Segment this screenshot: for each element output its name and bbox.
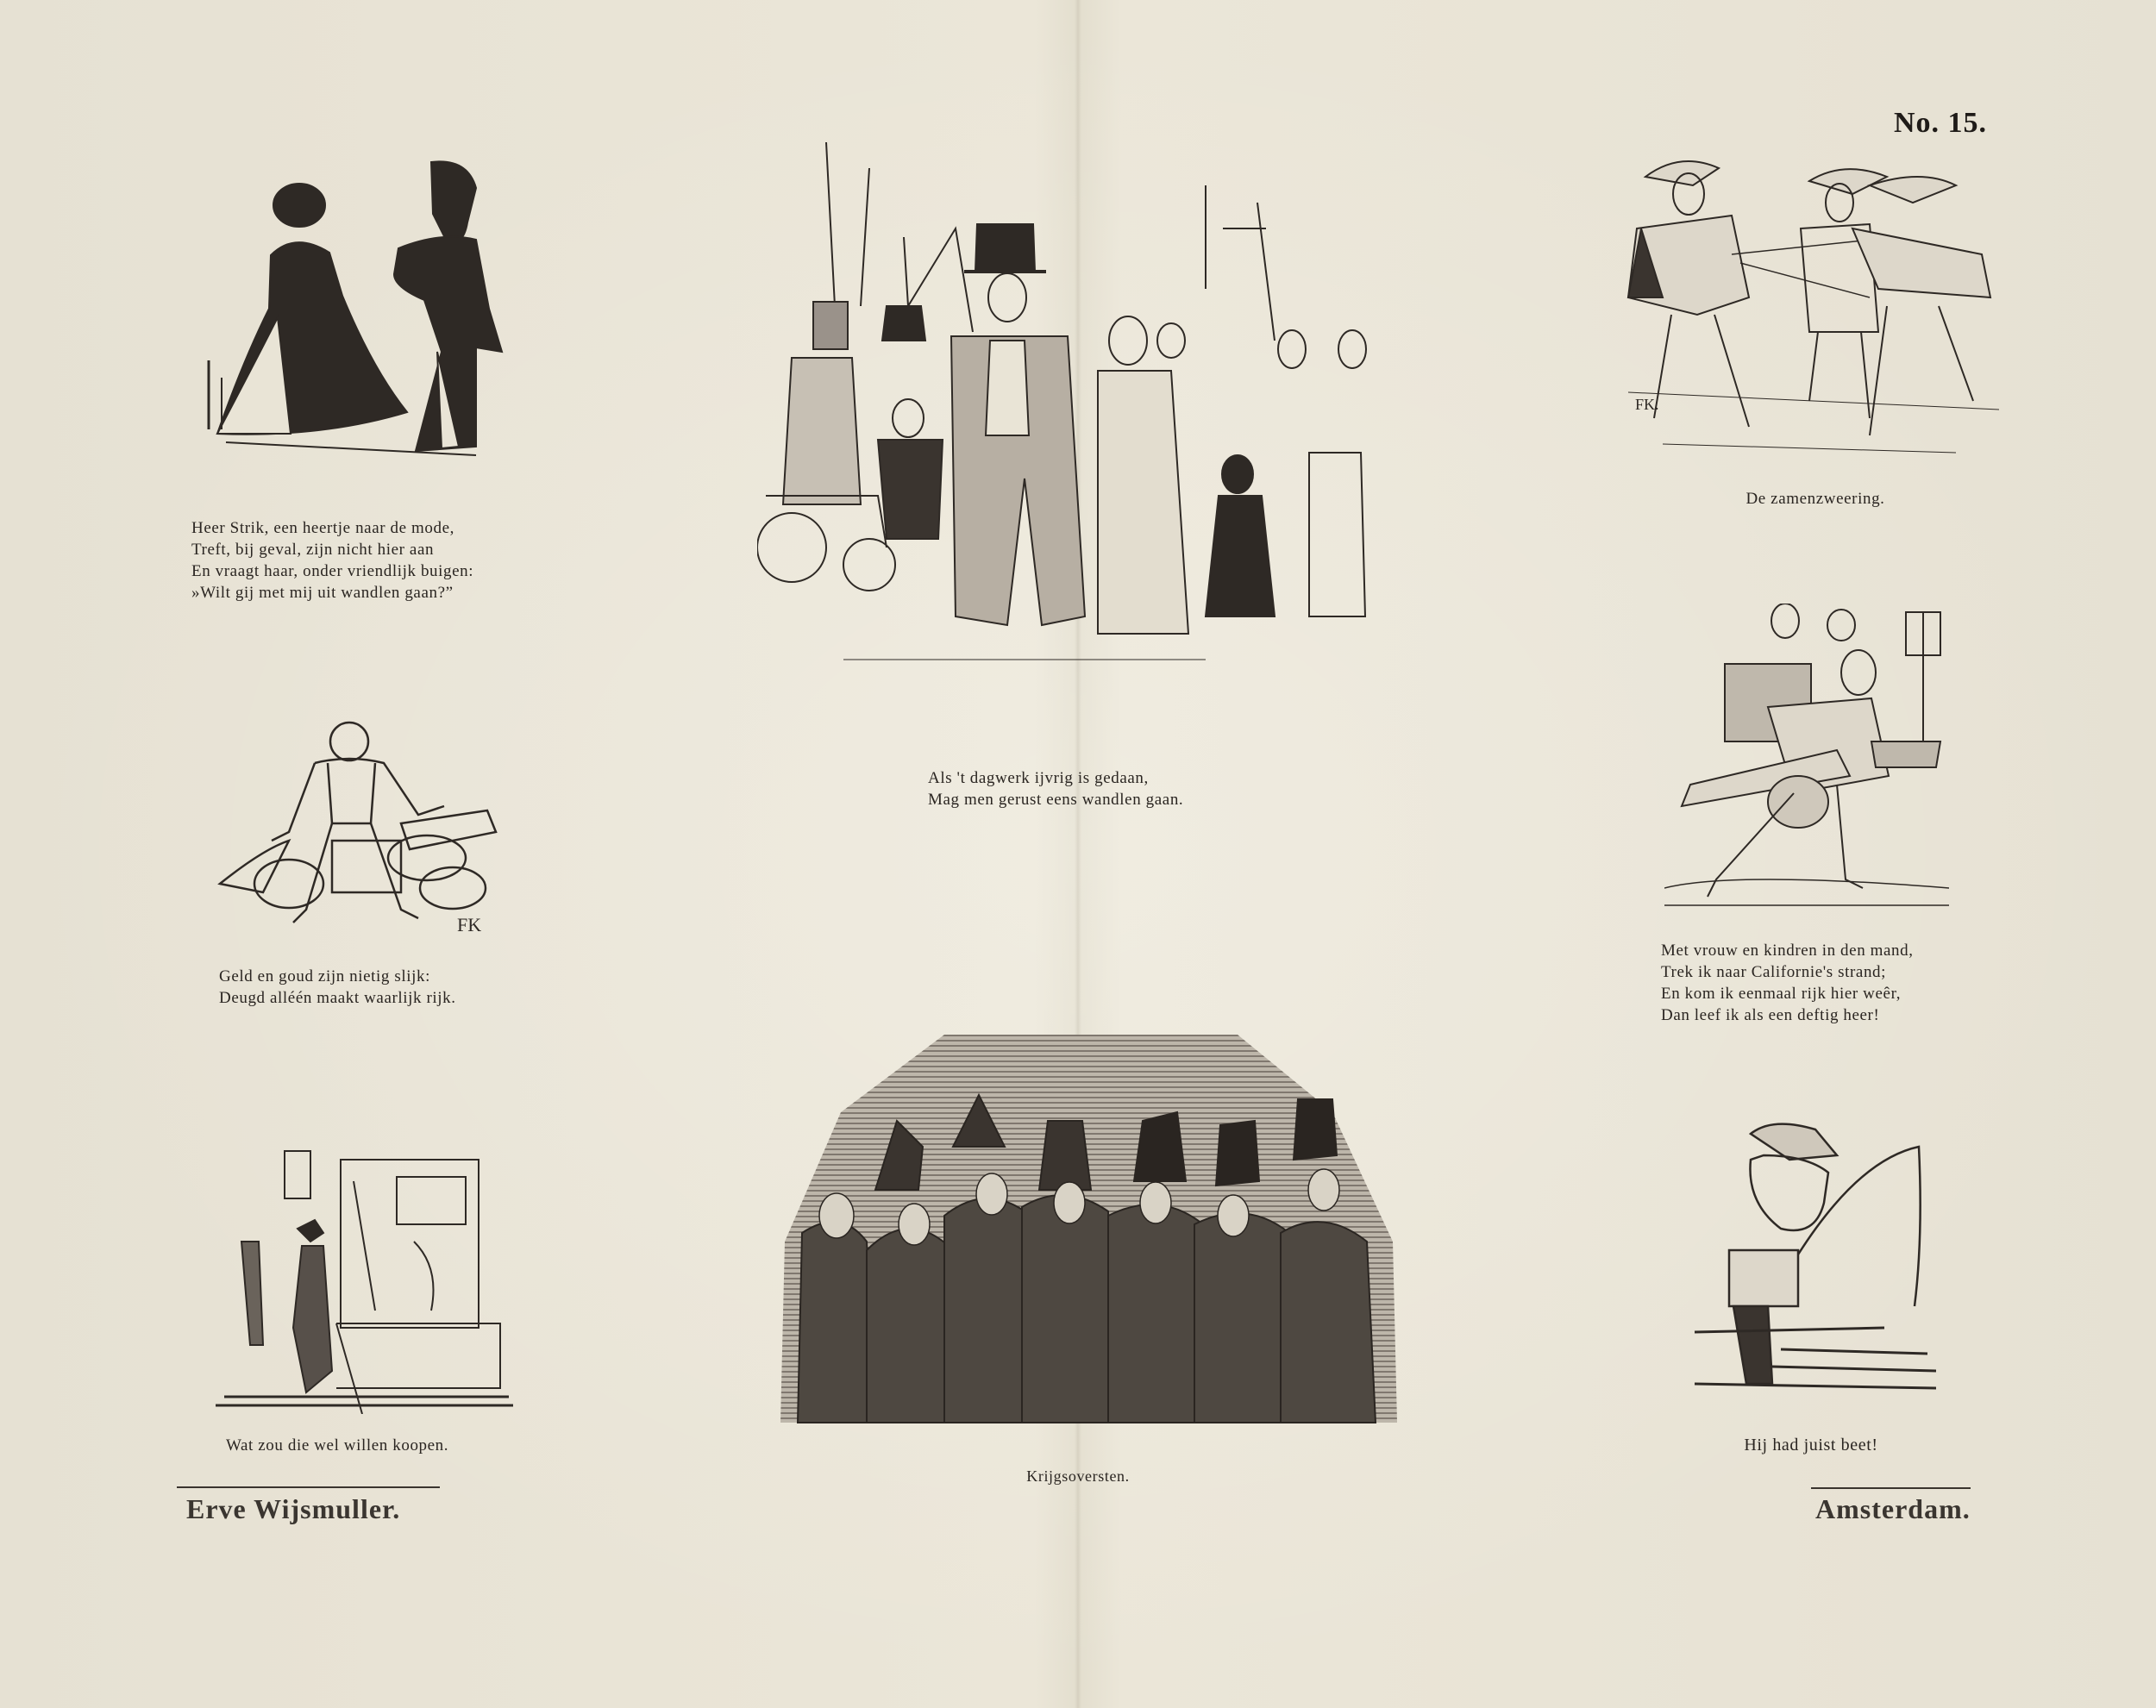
money-bags-drawing: FK [211,711,509,940]
illustration-man-on-money-bags: FK [211,711,509,940]
illustration-officers [772,1017,1406,1440]
imprint-rule-left [177,1486,440,1488]
illustration-shop-window [216,1138,513,1414]
caption-dagwerk: Als 't dagwerk ijvrig is gedaan, Mag men… [928,767,1183,810]
shop-window-drawing [216,1138,513,1414]
caption-line: Dan leef ik als een deftig heer! [1661,1004,1914,1026]
place-imprint: Amsterdam. [1815,1493,1971,1525]
illustration-man-fishing [1686,1108,1936,1401]
couple-dancing-drawing [191,145,519,472]
family-walking-drawing [757,134,1413,729]
caption-line: En vraagt haar, onder vriendlijk buigen: [191,560,473,582]
caption-line: Mag men gerust eens wandlen gaan. [928,789,1183,810]
caption-line: Hij had juist beet! [1716,1435,1906,1456]
officers-drawing [772,1017,1406,1440]
cavaliers-drawing: FK. [1611,142,2016,470]
artist-signature: FK [457,914,481,935]
caption-juist-beet: Hij had juist beet! [1716,1435,1906,1456]
caption-line: »Wilt gij met mij uit wandlen gaan?” [191,582,473,604]
fishing-drawing [1686,1108,1936,1401]
caption-geld-en-goud: Geld en goud zijn nietig slijk: Deugd al… [219,966,456,1009]
caption-zamenzweering: De zamenzweering. [1708,488,1923,510]
caption-line: Trek ik naar Californie's strand; [1661,961,1914,983]
caption-wat-zou-die: Wat zou die wel willen koopen. [226,1435,448,1456]
artist-signature: FK. [1635,396,1659,413]
imprint-rule-right [1811,1487,1971,1489]
illustration-family-walking [757,134,1413,729]
caption-line: Met vrouw en kindren in den mand, [1661,940,1914,961]
caption-californie: Met vrouw en kindren in den mand, Trek i… [1661,940,1914,1026]
publisher-imprint: Erve Wijsmuller. [186,1493,400,1525]
caption-line: Geld en goud zijn nietig slijk: [219,966,456,987]
caption-krijgsoversten: Krijgsoversten. [983,1466,1173,1487]
illustration-couple-dancing [191,145,519,472]
illustration-cavaliers: FK. [1611,142,2016,470]
caption-line: Treft, bij geval, zijn nicht hier aan [191,539,473,560]
caption-line: Heer Strik, een heertje naar de mode, [191,517,473,539]
caption-line: Deugd alléén maakt waarlijk rijk. [219,987,456,1009]
illustration-man-with-basket [1664,604,1949,914]
basket-man-drawing [1664,604,1949,914]
caption-line: De zamenzweering. [1708,488,1923,510]
caption-line: Krijgsoversten. [983,1466,1173,1487]
caption-line: Als 't dagwerk ijvrig is gedaan, [928,767,1183,789]
caption-heer-strik: Heer Strik, een heertje naar de mode, Tr… [191,517,473,604]
sheet-number: No. 15. [1894,107,1987,140]
caption-line: En kom ik eenmaal rijk hier weêr, [1661,983,1914,1004]
caption-line: Wat zou die wel willen koopen. [226,1435,448,1456]
